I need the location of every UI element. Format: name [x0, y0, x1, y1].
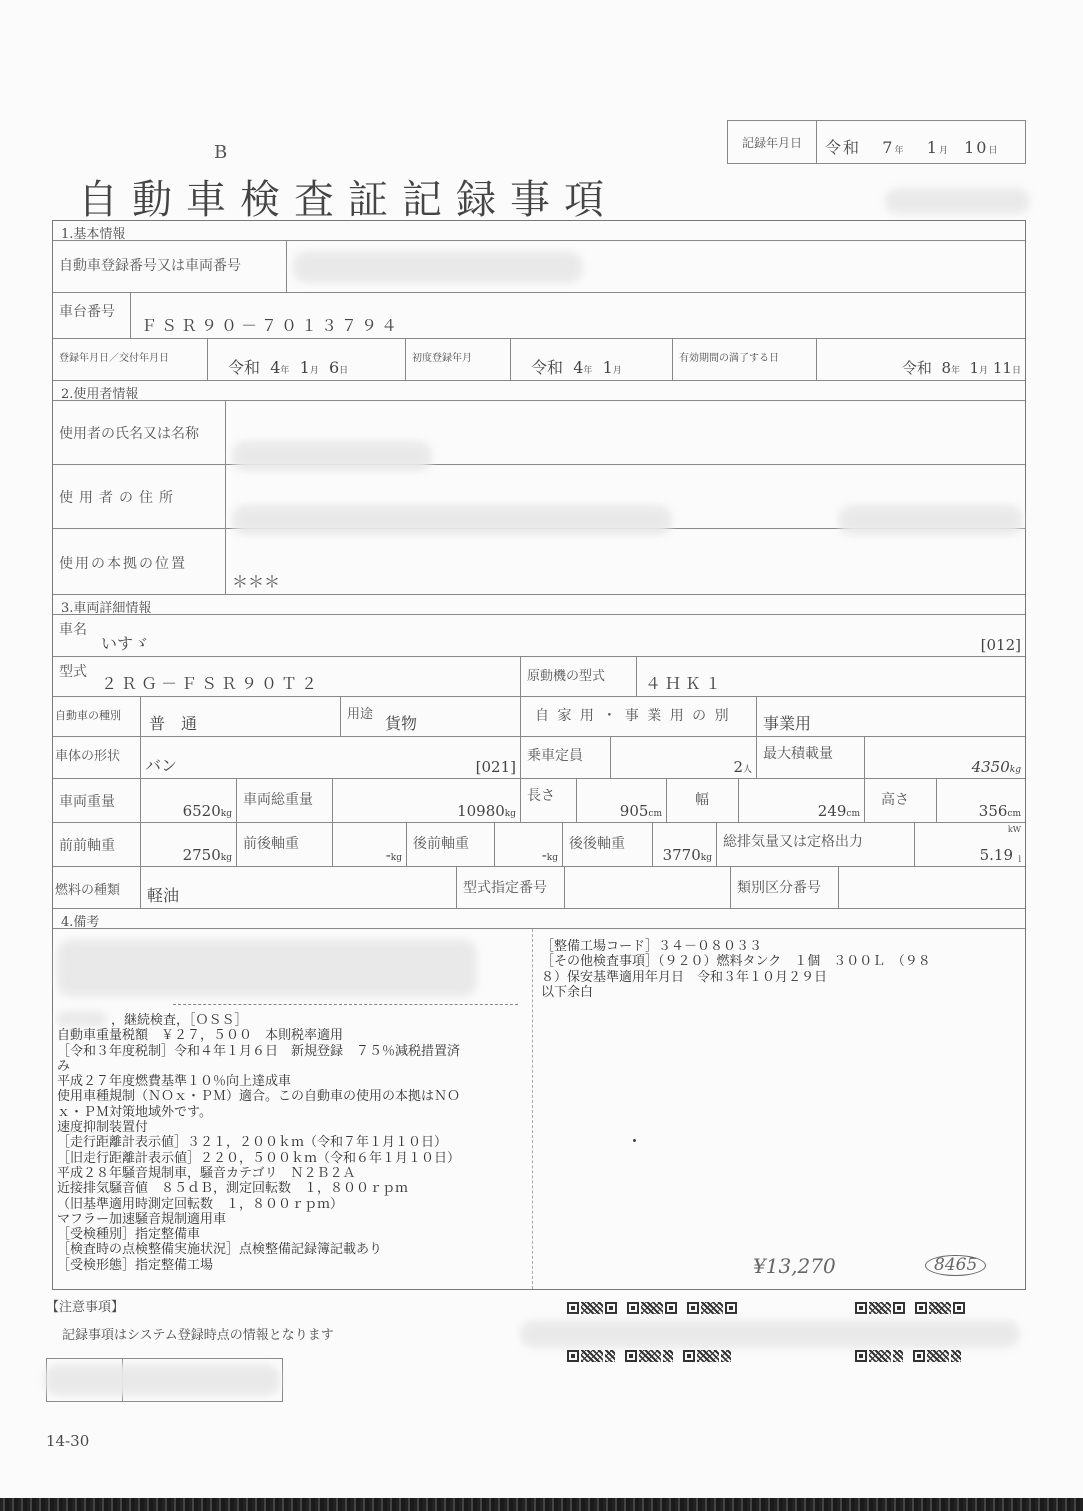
dates-row: 登録年月日／交付年月日 令和 4年 1月 6日 初度登録年月 令和 4年 1月 …: [53, 339, 1025, 381]
remark-line: ［受検形態］指定整備工場: [57, 1258, 460, 1273]
reg-date-value: 令和 4年 1月 6日: [228, 355, 348, 378]
2d-code-row-top-left: [567, 1302, 747, 1314]
dot: [633, 1139, 636, 1142]
document-page: B 自動車検査証記録事項 記録年月日 令和 7年 1月 10日 1.基本情報 自…: [0, 0, 1083, 1498]
handwritten-circled-number: 8465: [925, 1255, 986, 1276]
section-user-info-header: 2.使用者情報: [53, 381, 1025, 401]
2d-code-row-bottom-left: [567, 1350, 741, 1362]
user-name-row: 使用者の氏名又は名称: [53, 401, 1025, 465]
form-letter: B: [214, 142, 227, 163]
remark-line: ８）保安基準適用年月日 令和３年１０月２９日: [541, 970, 1017, 985]
remark-line: （旧基準適用時測定回転数 １，８００ｒｐｍ）: [57, 1197, 460, 1212]
private-business-value: 事業用: [763, 711, 811, 734]
length-value: 905cm: [620, 802, 662, 820]
fr-axle-label: 前後軸重: [243, 833, 299, 853]
vehicle-type-value: 普 通: [149, 711, 197, 734]
model-row: 型式 ２ＲＧ－ＦＳＲ９０Ｔ２ 原動機の型式 ４ＨＫ１: [53, 657, 1025, 697]
divider: [173, 1004, 518, 1005]
body-shape-label: 車体の形状: [55, 745, 120, 764]
engine-model-value: ４ＨＫ１: [645, 671, 725, 694]
rf-axle-value: -kg: [542, 846, 558, 864]
category-number-label: 類別区分番号: [737, 877, 821, 897]
user-address-label: 使用者の住所: [59, 487, 179, 507]
axle-row: 前前軸重 2750kg 前後軸重 -kg 後前軸重 -kg 後後軸重 3770k…: [53, 823, 1025, 867]
section-vehicle-details-header: 3.車両詳細情報: [53, 595, 1025, 615]
vehicle-type-label: 自動車の種別: [55, 707, 121, 723]
remark-line: ｘ・ＰＭ対策地域外です。: [57, 1105, 460, 1120]
rf-axle-label: 後前軸重: [413, 833, 469, 853]
model-value: ２ＲＧ－ＦＳＲ９０Ｔ２: [101, 671, 321, 694]
height-label: 高さ: [881, 789, 909, 809]
reg-number-row: 自動車登録番号又は車両番号: [53, 241, 1025, 293]
body-shape-value: バン: [145, 753, 177, 776]
user-address-row: 使用者の住所: [53, 465, 1025, 529]
base-location-label: 使用の本拠の位置: [59, 553, 187, 573]
remark-line: 自動車重量税額 ￥２７，５００ 本則税率適用: [57, 1028, 460, 1043]
fuel-label: 燃料の種類: [55, 879, 120, 898]
section-basic-info-header: 1.基本情報: [53, 221, 1025, 241]
displacement-label: 総排気量又は定格出力: [723, 831, 863, 851]
base-location-value: ＊＊＊: [232, 569, 280, 592]
engine-model-label: 原動機の型式: [527, 665, 605, 684]
displacement-unit-kw: kW: [1008, 825, 1021, 834]
remarks-left-lines: ，継続検査，［ＯＳＳ］自動車重量税額 ￥２７，５００ 本則税率適用［令和３年度税…: [57, 1013, 460, 1273]
car-name-value: いすゞ: [101, 631, 149, 654]
remark-line: ，継続検査，［ＯＳＳ］: [57, 1013, 460, 1028]
record-date-label: 記録年月日: [728, 121, 817, 163]
remarks-redacted: [57, 939, 477, 997]
remarks-right-lines: ［整備工場コード］３４－０８０３３［その他検査事項］（９２０）燃料タンク １個 …: [541, 939, 1017, 1000]
record-date-value: 令和 7年 1月 10日: [817, 121, 1025, 163]
remark-line: 平成２８年騒音規制車，騒音カテゴリ Ｎ２Ｂ２Ａ: [57, 1166, 460, 1181]
fuel-value: 軽油: [147, 883, 179, 906]
chassis-value: ＦＳＲ９０－７０１３７９４: [141, 313, 401, 336]
private-business-label: 自 家 用 ・ 事 業 用 の 別: [535, 705, 731, 725]
car-name-row: 車名 いすゞ [012]: [53, 615, 1025, 657]
notice-title: 【注意事項】: [46, 1296, 124, 1315]
gross-weight-value: 10980kg: [457, 802, 516, 820]
first-reg-label: 初度登録年月: [412, 349, 472, 364]
record-table: 1.基本情報 自動車登録番号又は車両番号 車台番号 ＦＳＲ９０－７０１３７９４ …: [52, 220, 1026, 1290]
type-designation-label: 型式指定番号: [463, 877, 547, 897]
base-location-row: 使用の本拠の位置 ＊＊＊: [53, 529, 1025, 595]
displacement-value: 5.19: [980, 846, 1013, 864]
background-surface: [0, 1498, 1083, 1511]
fr-axle-value: -kg: [386, 846, 402, 864]
displacement-unit-l: l: [1018, 855, 1021, 864]
capacity-value: 2人: [733, 758, 752, 776]
weights-row: 車両重量 6520kg 車両総重量 10980kg 長さ 905cm 幅 249…: [53, 779, 1025, 823]
body-row: 車体の形状 バン [021] 乗車定員 2人 最大積載量 4350kg: [53, 737, 1025, 779]
length-label: 長さ: [527, 785, 555, 805]
remark-line: ［走行距離計表示値］３２１，２００ｋｍ（令和７年１月１０日）: [57, 1135, 460, 1150]
document-title: 自動車検査証記録事項: [78, 168, 618, 225]
max-load-value: 4350kg: [972, 758, 1021, 776]
remark-line: ［その他検査事項］（９２０）燃料タンク １個 ３００Ｌ （９８: [541, 954, 1017, 969]
expiry-value: 令和 8年 1月 11日: [902, 357, 1021, 378]
weight-label: 車両重量: [59, 791, 115, 811]
reg-number-label: 自動車登録番号又は車両番号: [59, 255, 241, 275]
remarks-right: ［整備工場コード］３４－０８０３３［その他検査事項］（９２０）燃料タンク １個 …: [533, 929, 1025, 1289]
body-shape-code: [021]: [476, 758, 516, 776]
gross-weight-label: 車両総重量: [243, 789, 313, 809]
remark-line: 以下余白: [541, 985, 1017, 1000]
user-name-label: 使用者の氏名又は名称: [59, 423, 199, 443]
chassis-row: 車台番号 ＦＳＲ９０－７０１３７９４: [53, 293, 1025, 339]
car-name-code: [012]: [981, 636, 1021, 654]
remark-line: 使用車種規制（ＮＯｘ・ＰＭ）適合。この自動車の使用の本拠はＮＯ: [57, 1089, 460, 1104]
code-redacted: [520, 1320, 1020, 1348]
max-load-label: 最大積載量: [763, 743, 833, 763]
page-code: 14-30: [46, 1432, 89, 1450]
remark-line: ［整備工場コード］３４－０８０３３: [541, 939, 1017, 954]
redaction: [885, 188, 1030, 214]
rr-axle-value: 3770kg: [663, 846, 712, 864]
remark-line: 速度抑制装置付: [57, 1120, 460, 1135]
remark-line: ［受検種別］指定整備車: [57, 1227, 460, 1242]
expiry-label: 有効期間の満了する日: [679, 349, 779, 364]
width-label: 幅: [695, 789, 709, 809]
use-label: 用途: [347, 703, 373, 722]
section-remarks-header: 4.備考: [53, 909, 1025, 929]
height-value: 356cm: [979, 802, 1021, 820]
type-row: 自動車の種別 普 通 用途 貨物 自 家 用 ・ 事 業 用 の 別 事業用: [53, 697, 1025, 737]
capacity-label: 乗車定員: [527, 745, 583, 765]
reg-date-label: 登録年月日／交付年月日: [59, 349, 169, 364]
record-date-box: 記録年月日 令和 7年 1月 10日: [727, 120, 1026, 164]
remark-line: み: [57, 1059, 460, 1074]
remarks-left: ，継続検査，［ＯＳＳ］自動車重量税額 ￥２７，５００ 本則税率適用［令和３年度税…: [53, 929, 533, 1289]
chassis-label: 車台番号: [59, 301, 115, 321]
car-name-label: 車名: [59, 619, 87, 639]
2d-code-row-bottom-right: [855, 1350, 971, 1362]
ff-axle-value: 2750kg: [183, 846, 232, 864]
width-value: 249cm: [818, 802, 860, 820]
reg-number-redacted: [293, 251, 583, 283]
footer-box-redacted: [44, 1364, 280, 1396]
use-value: 貨物: [385, 711, 417, 734]
remark-line: ［令和３年度税制］令和４年１月６日 新規登録 ７５％減税措置済: [57, 1044, 460, 1059]
handwritten-amount: ¥13,270: [753, 1259, 836, 1274]
model-label: 型式: [59, 661, 87, 681]
remark-line: 近接排気騒音値 ８５ｄＢ，測定回転数 １，８００ｒｐｍ: [57, 1181, 460, 1196]
weight-value: 6520kg: [183, 802, 232, 820]
ff-axle-label: 前前軸重: [59, 835, 115, 855]
remarks-body: ，継続検査，［ＯＳＳ］自動車重量税額 ￥２７，５００ 本則税率適用［令和３年度税…: [53, 929, 1025, 1289]
rr-axle-label: 後後軸重: [569, 833, 625, 853]
remark-line: 平成２７年度燃費基準１０％向上達成車: [57, 1074, 460, 1089]
first-reg-value: 令和 4年 1月: [531, 355, 622, 378]
2d-code-row-top-right: [855, 1302, 975, 1314]
remark-line: ［旧走行距離計表示値］２２０，５００ｋｍ（令和６年１月１０日）: [57, 1151, 460, 1166]
remark-line: ［検査時の点検整備実施状況］点検整備記録簿記載あり: [57, 1242, 460, 1257]
notice-text: 記録事項はシステム登録時点の情報となります: [62, 1324, 334, 1343]
fuel-row: 燃料の種類 軽油 型式指定番号 類別区分番号: [53, 867, 1025, 909]
remark-line: マフラー加速騒音規制適用車: [57, 1212, 460, 1227]
